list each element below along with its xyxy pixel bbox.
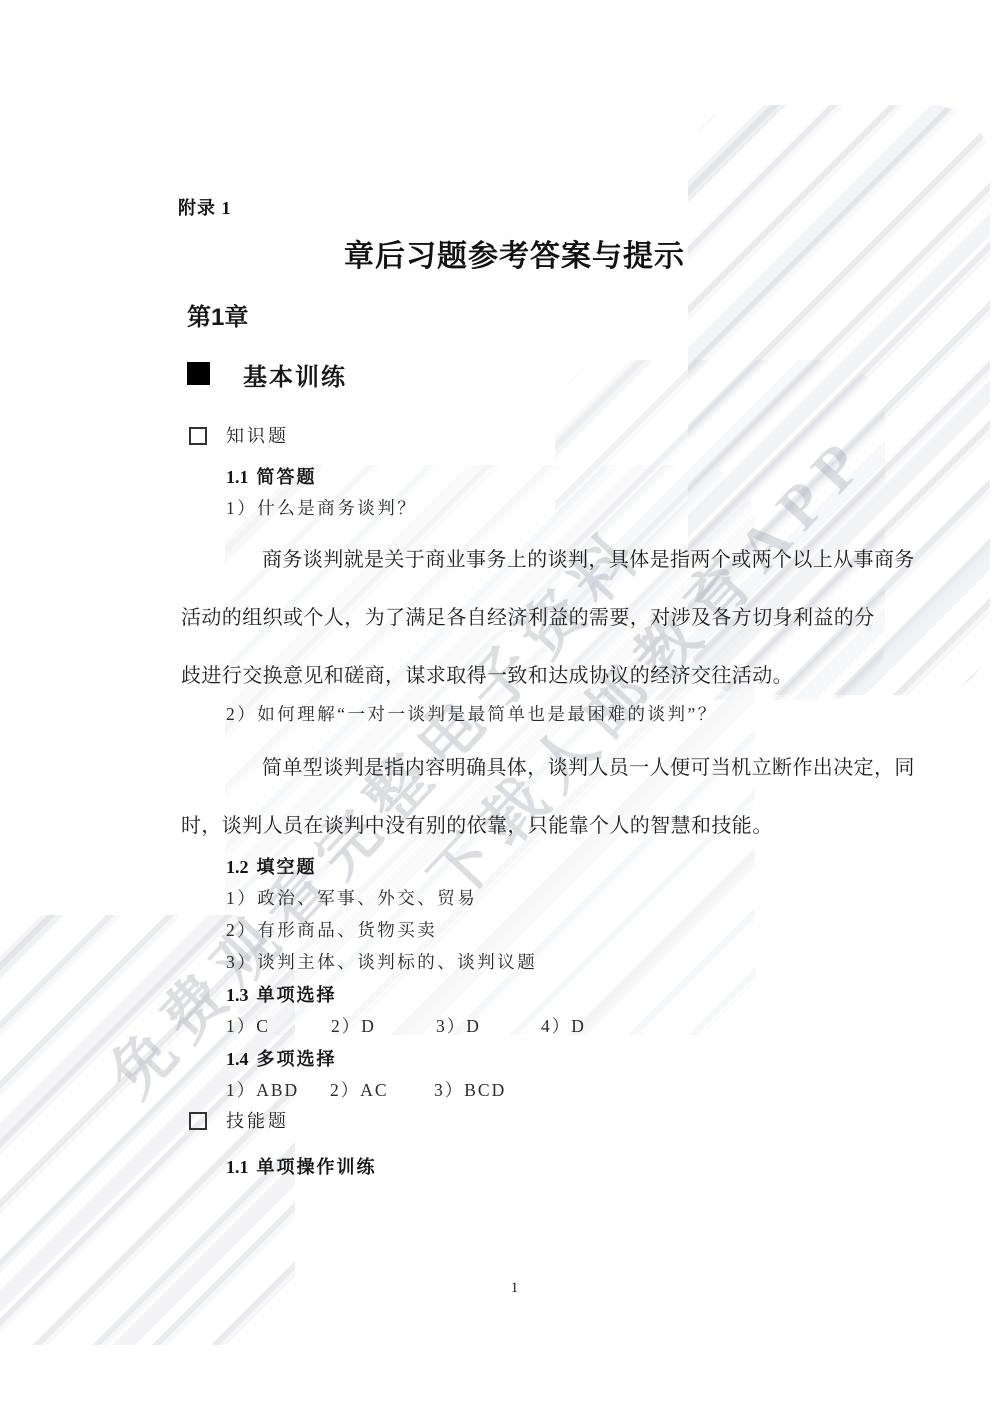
heading-operation-training: 1.1单项操作训练 xyxy=(226,1153,377,1179)
heading-number: 1.2 xyxy=(226,857,249,877)
multi-answer: 2）AC xyxy=(330,1077,434,1102)
heading-label: 简答题 xyxy=(257,467,317,487)
section-skills: 技能题 xyxy=(226,1107,289,1133)
single-choice-answers: 1）C2）D3）D4）D xyxy=(226,1013,586,1038)
page-content: 附录 1 章后习题参考答案与提示 第1章 基本训练 知识题 1.1简答题 1）什… xyxy=(0,0,993,1404)
document-page: 免费观看完整电子资料 下载人邮教育APP 附录 1 章后习题参考答案与提示 第1… xyxy=(0,0,993,1404)
answer-2-line-2: 时，谈判人员在谈判中没有别的依靠，只能靠个人的智慧和技能。 xyxy=(181,809,773,838)
multi-answer: 3）BCD xyxy=(434,1077,538,1102)
heading-multi-choice: 1.4多项选择 xyxy=(226,1045,337,1071)
answer-2-line-1: 简单型谈判是指内容明确具体，谈判人员一人便可当机立断作出决定，同 xyxy=(262,751,915,780)
heading-fill-blank: 1.2填空题 xyxy=(226,853,317,879)
heading-label: 填空题 xyxy=(257,857,317,877)
question-1: 1）什么是商务谈判？ xyxy=(226,495,417,520)
open-square-bullet-skills xyxy=(189,1112,207,1130)
answer-1-line-1: 商务谈判就是关于商业事务上的谈判，具体是指两个或两个以上从事商务 xyxy=(262,543,915,572)
page-title: 章后习题参考答案与提示 xyxy=(182,231,847,275)
page-number: 1 xyxy=(182,1280,847,1297)
question-2: 2）如何理解“一对一谈判是最简单也是最困难的谈判”？ xyxy=(226,701,718,726)
heading-label: 多项选择 xyxy=(257,1049,337,1069)
heading-label: 单项操作训练 xyxy=(257,1157,377,1177)
heading-number: 1.3 xyxy=(226,985,249,1005)
fill-blank-item: 1）政治、军事、外交、贸易 xyxy=(226,885,477,910)
single-answer: 3）D xyxy=(436,1013,541,1038)
section-knowledge: 知识题 xyxy=(226,422,289,448)
single-answer: 2）D xyxy=(331,1013,436,1038)
heading-label: 单项选择 xyxy=(257,985,337,1005)
heading-number: 1.1 xyxy=(226,1157,249,1177)
heading-short-answer: 1.1简答题 xyxy=(226,463,317,489)
heading-single-choice: 1.3单项选择 xyxy=(226,981,337,1007)
chapter-heading: 第1章 xyxy=(187,297,248,332)
single-answer: 4）D xyxy=(541,1013,586,1038)
appendix-label: 附录 1 xyxy=(178,194,232,220)
fill-blank-item: 3）谈判主体、谈判标的、谈判议题 xyxy=(226,949,537,974)
single-answer: 1）C xyxy=(226,1013,331,1038)
answer-1-line-3: 歧进行交换意见和磋商，谋求取得一致和达成协议的经济交往活动。 xyxy=(181,659,793,688)
heading-number: 1.1 xyxy=(226,467,249,487)
filled-square-bullet xyxy=(187,362,210,385)
open-square-bullet-knowledge xyxy=(189,427,207,445)
answer-1-line-2: 活动的组织或个人，为了满足各自经济利益的需要，对涉及各方切身利益的分 xyxy=(181,601,875,630)
fill-blank-item: 2）有形商品、货物买卖 xyxy=(226,917,437,942)
multi-answer: 1）ABD xyxy=(226,1077,330,1102)
heading-number: 1.4 xyxy=(226,1049,249,1069)
multi-choice-answers: 1）ABD2）AC3）BCD xyxy=(226,1077,538,1102)
section-basic-training: 基本训练 xyxy=(243,357,347,392)
